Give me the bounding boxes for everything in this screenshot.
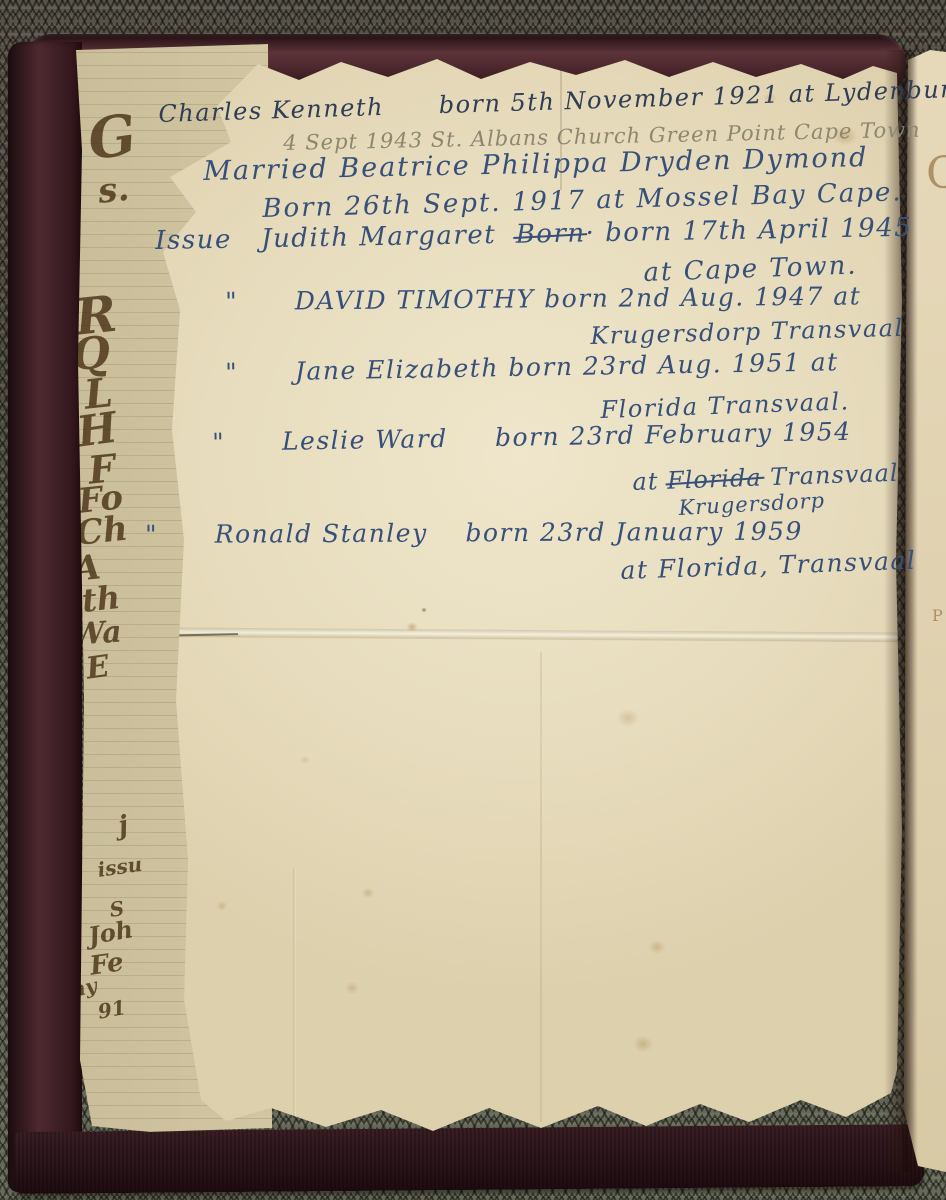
register-line: " Jane Elizabeth born 23rd Aug. 1951 at: [225, 347, 839, 387]
register-line: " DAVID TIMOTHY born 2nd Aug. 1947 at: [225, 281, 861, 316]
register-text: " Leslie Ward born 23rd February 1954: [212, 417, 852, 457]
register-line: " Leslie Ward born 23rd February 1954: [212, 417, 852, 457]
register-text: " Jane Elizabeth born 23rd Aug. 1951 at: [225, 347, 839, 387]
register-line: at Florida, Transvaal: [620, 546, 917, 585]
register-line: " Ronald Stanley born 23rd January 1959: [145, 517, 803, 549]
register-text: Krugersdorp Transvaal: [590, 314, 904, 350]
struck-word: Florida: [667, 463, 763, 494]
handwriting-layer: Charles Kenneth born 5th November 1921 a…: [0, 0, 946, 1200]
register-text: Transvaal: [761, 459, 899, 492]
register-text: " DAVID TIMOTHY born 2nd Aug. 1947 at: [225, 281, 861, 316]
register-text: " Ronald Stanley born 23rd January 1959: [145, 517, 803, 549]
register-text: Issue Judith Margaret: [155, 220, 516, 256]
register-text: at: [632, 467, 668, 496]
register-text: at Florida, Transvaal: [620, 546, 917, 585]
photo-family-register: CP Gs.RQLHFFoChAthWaEjissuSJohFemy91 Cha…: [0, 0, 946, 1200]
struck-word: Born: [515, 218, 585, 249]
register-line: Krugersdorp Transvaal: [590, 314, 904, 350]
register-text: · born 17th April 1945: [585, 213, 912, 249]
